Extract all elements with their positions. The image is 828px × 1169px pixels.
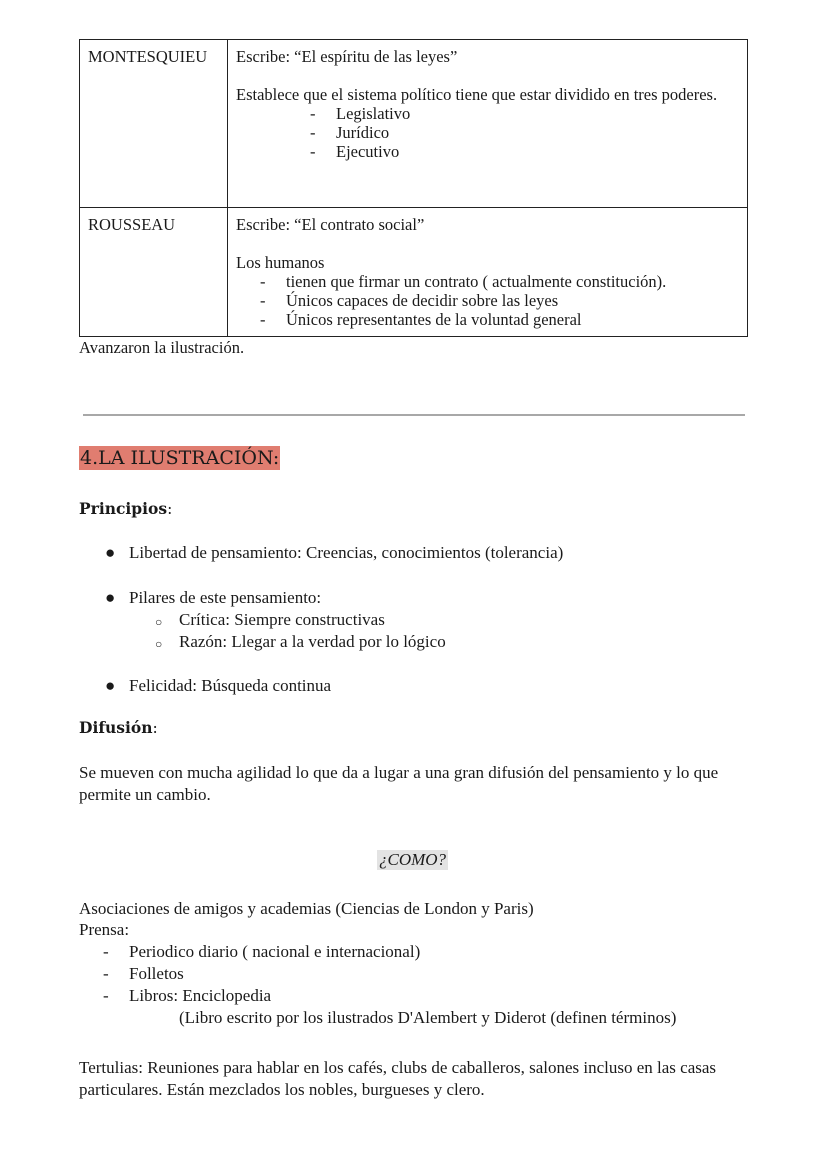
- hollow-bullet-icon: ○: [155, 633, 162, 655]
- rousseau-list: -tienen que firmar un contrato ( actualm…: [236, 272, 739, 329]
- list-item: -Únicos representantes de la voluntad ge…: [286, 310, 739, 329]
- como-heading: ¿COMO?: [377, 850, 448, 870]
- description-intro: Establece que el sistema político tiene …: [236, 85, 739, 104]
- horizontal-divider: [83, 414, 745, 416]
- list-item: -Jurídico: [336, 123, 739, 142]
- description-intro: Los humanos: [236, 253, 739, 272]
- difusion-text: Se mueven con mucha agilidad lo que da a…: [79, 762, 749, 806]
- asociaciones-text: Asociaciones de amigos y academias (Cien…: [79, 898, 534, 920]
- hollow-bullet-icon: ○: [155, 611, 162, 633]
- bullet-icon: ●: [105, 675, 115, 697]
- powers-list: -Legislativo -Jurídico -Ejecutivo: [236, 104, 739, 161]
- philosopher-description: Escribe: “El espíritu de las leyes” Esta…: [228, 40, 748, 208]
- sub-list-item: ○ Razón: Llegar a la verdad por lo lógic…: [179, 631, 446, 653]
- bullet-icon: ●: [105, 542, 115, 564]
- list-item: -Únicos capaces de decidir sobre las ley…: [286, 291, 739, 310]
- principios-label: Principios:: [79, 499, 172, 518]
- list-item: -Folletos: [129, 963, 184, 985]
- work-title: Escribe: “El espíritu de las leyes”: [236, 47, 739, 66]
- philosopher-description: Escribe: “El contrato social” Los humano…: [228, 208, 748, 337]
- list-item: -Libros: Enciclopedia: [129, 985, 271, 1007]
- philosophers-table: MONTESQUIEU Escribe: “El espíritu de las…: [79, 39, 748, 337]
- work-title: Escribe: “El contrato social”: [236, 215, 739, 234]
- list-item: ● Pilares de este pensamiento:: [129, 587, 321, 609]
- difusion-label: Difusión:: [79, 718, 158, 737]
- enciclopedia-note: (Libro escrito por los ilustrados D'Alem…: [179, 1007, 676, 1029]
- sub-list-item: ○ Crítica: Siempre constructivas: [179, 609, 385, 631]
- table-footnote: Avanzaron la ilustración.: [79, 338, 244, 358]
- section-heading: 4.LA ILUSTRACIÓN:: [79, 446, 280, 470]
- philosopher-name: ROUSSEAU: [80, 208, 228, 337]
- list-item: -tienen que firmar un contrato ( actualm…: [286, 272, 739, 291]
- table-row: MONTESQUIEU Escribe: “El espíritu de las…: [80, 40, 748, 208]
- table-row: ROUSSEAU Escribe: “El contrato social” L…: [80, 208, 748, 337]
- list-item: -Legislativo: [336, 104, 739, 123]
- list-item: ● Felicidad: Búsqueda continua: [129, 675, 331, 697]
- list-item: ● Libertad de pensamiento: Creencias, co…: [129, 542, 563, 564]
- bullet-icon: ●: [105, 587, 115, 609]
- list-item: -Periodico diario ( nacional e internaci…: [129, 941, 420, 963]
- philosopher-name: MONTESQUIEU: [80, 40, 228, 208]
- tertulias-text: Tertulias: Reuniones para hablar en los …: [79, 1057, 744, 1101]
- prensa-label: Prensa:: [79, 919, 129, 941]
- list-item: -Ejecutivo: [336, 142, 739, 161]
- document-page: MONTESQUIEU Escribe: “El espíritu de las…: [0, 0, 828, 1169]
